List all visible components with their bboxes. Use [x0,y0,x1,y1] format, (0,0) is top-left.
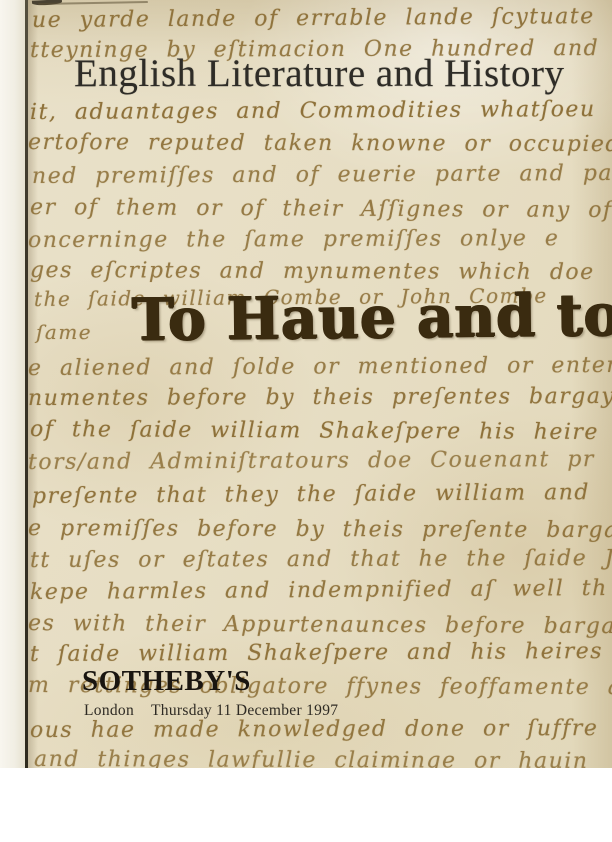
manuscript-scan: ue yarde lande of errable lande ſcytuate… [28,0,612,768]
manuscript-line: numentes before by theis preſentes barga… [28,384,612,411]
manuscript-line: e aliened and ſolde or mentioned or ente… [28,353,612,381]
manuscript-line: ous hae made knowledged done or ſuffre [30,716,598,743]
manuscript-line: oncerninge the ſame premiſſes onlye e [28,226,559,253]
sale-date: Thursday 11 December 1997 [151,702,338,719]
manuscript-line: ſame [36,320,92,344]
bottom-white-margin [0,768,612,842]
manuscript-line: ned premiſſes and of euerie parte and pa [32,161,612,189]
sothebys-logo: SOTHEBY'S [82,667,251,696]
manuscript-line: es with their Appurtenaunces before barg… [28,611,612,639]
manuscript-line: kepe harmles and indempnified aſ well th [30,576,608,605]
manuscript-line: tors/and Adminiſtratours doe Couenant pr [28,447,595,475]
sale-info: LondonThursday 11 December 1997 [84,702,338,720]
page-title: English Literature and History [74,53,564,96]
blackletter-engrossed-text: To Haue and to ho [132,285,612,349]
manuscript-line: it, aduantages and Commodities whatſoeu [30,97,596,125]
manuscript-line: ertofore reputed taken knowne or occupie… [28,130,612,157]
manuscript-line: preſente that they the ſaide william and [32,480,590,509]
manuscript-line: tt uſes or eſtates and that he the ſaide… [30,546,612,573]
manuscript-line: ue yarde lande of errable lande ſcytuate… [32,4,612,33]
catalog-cover-page: ue yarde lande of errable lande ſcytuate… [0,0,612,842]
manuscript-line: er of them or of their Aſſignes or any o… [30,195,612,223]
scan-left-margin [0,0,25,768]
manuscript-line: e premiſſes before by theis preſente bar… [28,516,612,543]
manuscript-line: of the ſaide william Shakeſpere his heir… [30,417,599,445]
manuscript-line: and thinges lawfullie claiminge or hauin [34,747,589,768]
sale-location: London [84,702,134,719]
manuscript-line: t ſaide william Shakeſpere and his heire… [30,639,612,667]
